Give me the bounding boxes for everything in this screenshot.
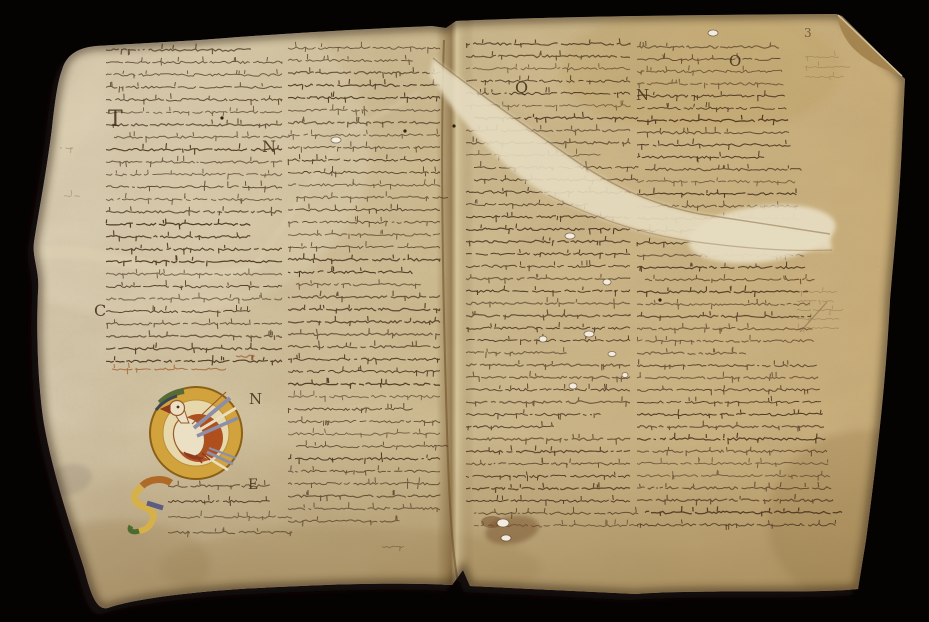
initial-letter-N: N — [262, 137, 276, 156]
initial-letter-T: T — [108, 107, 123, 132]
parchment-hole — [584, 331, 594, 337]
initial-letter-Q: Q — [515, 78, 528, 97]
bird-eye — [177, 406, 180, 409]
initial-letter-C: C — [94, 301, 106, 320]
initial-letter-N: N — [636, 86, 649, 104]
dark-speck — [452, 124, 455, 127]
manuscript-svg: TCNNEQON — [0, 0, 929, 622]
bird-medallion — [150, 387, 242, 479]
dark-speck — [403, 129, 406, 132]
folio-number: 3 — [804, 26, 812, 40]
bird-head — [170, 401, 185, 416]
parchment-hole — [501, 535, 511, 541]
parchment-hole — [565, 233, 575, 239]
initial-letter-O: O — [729, 52, 741, 70]
initial-letter-E: E — [248, 477, 258, 493]
parchment-hole — [331, 137, 341, 143]
dark-speck — [220, 116, 223, 119]
parchment-hole — [539, 336, 547, 342]
initial-letter-N: N — [249, 390, 262, 408]
manuscript-photo: TCNNEQON — [0, 0, 929, 622]
parchment-hole — [708, 30, 718, 36]
parchment-hole — [622, 373, 628, 378]
parchment-hole — [603, 279, 611, 285]
parchment-hole — [569, 383, 577, 389]
parchment-hole — [497, 519, 509, 527]
parchment-hole — [608, 352, 616, 357]
dark-speck — [658, 298, 661, 301]
